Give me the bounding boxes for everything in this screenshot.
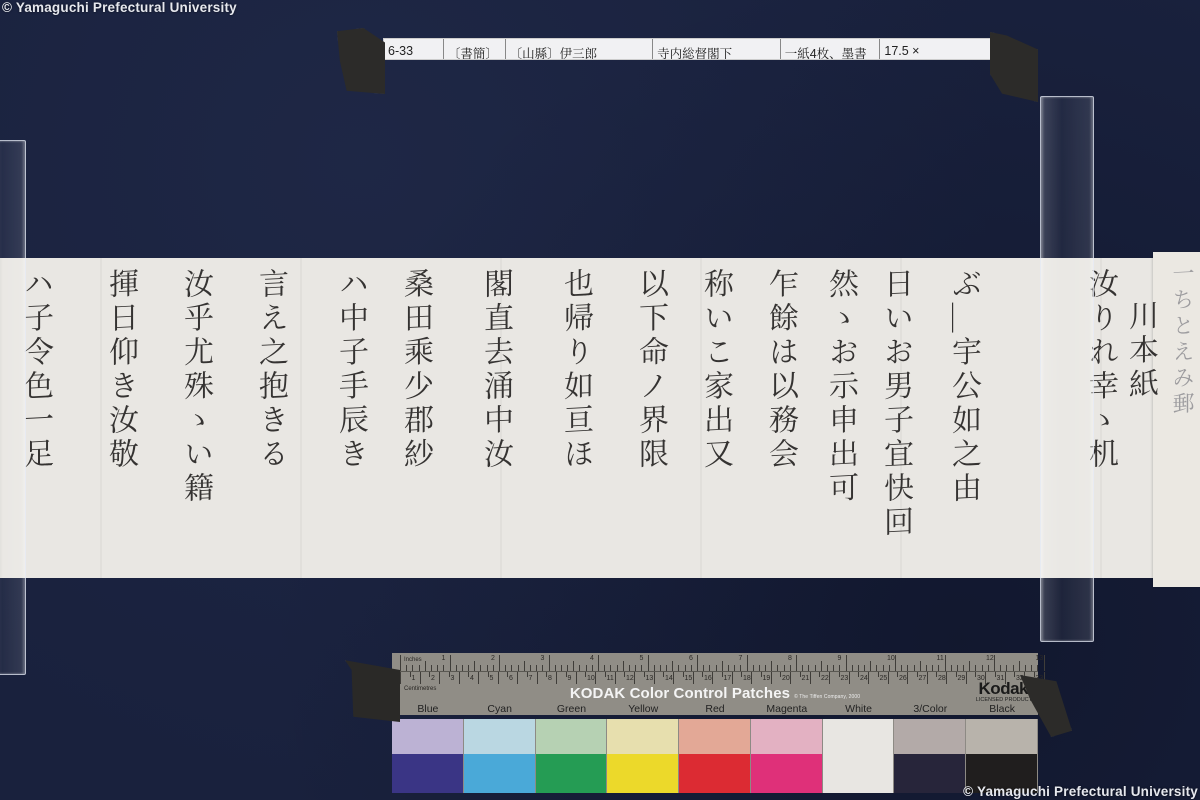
cm-tick-label: 7 xyxy=(529,675,533,682)
catalog-label-cell: 〔書簡〕 xyxy=(444,39,506,59)
catalog-label-cell: 一紙4枚、墨書 xyxy=(781,39,881,59)
calligraphy-column: 乍餘は以務会 xyxy=(765,267,795,473)
patch-light-tint xyxy=(679,719,750,754)
cm-tick-label: 17 xyxy=(724,675,732,682)
acrylic-weight-bar-right xyxy=(1040,96,1094,642)
cm-tick-label: 16 xyxy=(704,675,712,682)
patch-full-saturation xyxy=(536,754,607,793)
patch-label-black: Black xyxy=(966,703,1038,717)
patch-light-tint xyxy=(464,719,535,754)
patch-full-saturation xyxy=(823,754,894,793)
cm-tick-label: 9 xyxy=(568,675,572,682)
patch-labels: BlueCyanGreenYellowRedMagentaWhite3/Colo… xyxy=(392,703,1038,717)
copyright-watermark-top: © Yamaguchi Prefectural University xyxy=(2,0,237,15)
patch-label-yellow: Yellow xyxy=(607,703,679,717)
patch-full-saturation xyxy=(464,754,535,793)
cm-tick-label: 6 xyxy=(509,675,513,682)
calligraphy-column: 揮日仰き汝敬 xyxy=(105,267,135,473)
color-patch-green xyxy=(536,719,608,793)
cm-tick-label: 20 xyxy=(782,675,790,682)
patch-light-tint xyxy=(966,719,1037,754)
cm-tick-label: 10 xyxy=(587,675,595,682)
patch-full-saturation xyxy=(392,754,463,793)
kodak-color-target: Inches Centimetres 123456789101112131234… xyxy=(392,653,1038,793)
cm-tick-label: 24 xyxy=(860,675,868,682)
calligraphy-column: 川本紙 xyxy=(1125,299,1155,403)
calligraphy-column: 然ゝお示申出可 xyxy=(825,267,855,507)
cm-tick-label: 8 xyxy=(548,675,552,682)
cm-tick-label: 3 xyxy=(451,675,455,682)
cm-tick-label: 4 xyxy=(470,675,474,682)
calligraphy-column: ぶ＿宇公如之由 xyxy=(948,267,978,507)
inch-tick-label: 5 xyxy=(640,655,644,662)
tape-piece-top-right xyxy=(990,32,1038,102)
color-patches xyxy=(392,719,1038,793)
patch-label-3-color: 3/Color xyxy=(894,703,966,717)
calligraphy-column: 閣直去涌中汝 xyxy=(480,267,510,473)
cm-tick-label: 23 xyxy=(841,675,849,682)
cm-tick-label: 21 xyxy=(802,675,810,682)
calligraphy-column: 称いこ家出又 xyxy=(700,267,730,473)
patch-light-tint xyxy=(392,719,463,754)
patch-label-red: Red xyxy=(679,703,751,717)
catalog-label: 6-33〔書簡〕〔山縣〕伊三郎寺内総督閣下一紙4枚、墨書17.5 × xyxy=(383,38,991,60)
cm-tick-label: 26 xyxy=(899,675,907,682)
color-patch-black xyxy=(966,719,1038,793)
inch-tick-label: 13 xyxy=(1036,655,1044,662)
calligraphy-column: 汝乎尤殊ゝい籍 xyxy=(180,267,210,507)
patch-full-saturation xyxy=(751,754,822,793)
patch-label-green: Green xyxy=(536,703,608,717)
patch-label-white: White xyxy=(823,703,895,717)
cm-tick-label: 2 xyxy=(431,675,435,682)
color-patch-3-color xyxy=(894,719,966,793)
patch-label-blue: Blue xyxy=(392,703,464,717)
calligraphy-column: 言え之抱きる xyxy=(255,267,285,473)
calligraphy-column: ハ中子手辰き xyxy=(335,267,365,473)
catalog-label-cell: 17.5 × xyxy=(880,39,990,59)
calligraphy-column: 以下命ノ界限 xyxy=(635,267,665,473)
inch-tick-label: 8 xyxy=(788,655,792,662)
cm-tick-label: 1 xyxy=(412,675,416,682)
acrylic-weight-bar-left xyxy=(0,140,26,675)
inches-label: Inches xyxy=(404,657,422,663)
color-patch-red xyxy=(679,719,751,793)
cm-tick-label: 15 xyxy=(685,675,693,682)
tape-piece-top-left xyxy=(337,28,385,94)
catalog-label-cell: 6-33 xyxy=(384,39,444,59)
cm-tick-label: 19 xyxy=(763,675,771,682)
calligraphy-column: 也帰り如亘ほ xyxy=(560,267,590,473)
cm-tick-label: 28 xyxy=(938,675,946,682)
cm-tick-label: 29 xyxy=(958,675,966,682)
inch-tick-label: 9 xyxy=(838,655,842,662)
cm-tick-label: 25 xyxy=(880,675,888,682)
cm-tick-label: 12 xyxy=(626,675,634,682)
inch-tick-label: 1 xyxy=(442,655,446,662)
color-patch-yellow xyxy=(607,719,679,793)
patch-label-magenta: Magenta xyxy=(751,703,823,717)
color-patch-cyan xyxy=(464,719,536,793)
cm-tick-label: 13 xyxy=(646,675,654,682)
patch-light-tint xyxy=(536,719,607,754)
inch-tick-label: 12 xyxy=(986,655,994,662)
inch-tick-label: 6 xyxy=(689,655,693,662)
inch-tick-label: 7 xyxy=(739,655,743,662)
inch-tick-label: 2 xyxy=(491,655,495,662)
cm-tick-label: 14 xyxy=(665,675,673,682)
inch-tick-label: 11 xyxy=(937,655,944,662)
color-patch-magenta xyxy=(751,719,823,793)
patch-full-saturation xyxy=(679,754,750,793)
cm-tick-label: 18 xyxy=(743,675,751,682)
cm-tick-label: 11 xyxy=(607,675,614,682)
inch-tick-label: 10 xyxy=(887,655,895,662)
target-title: KODAK Color Control Patches© The Tiffen … xyxy=(392,685,1038,702)
patch-light-tint xyxy=(751,719,822,754)
patch-light-tint xyxy=(607,719,678,754)
catalog-label-cell: 寺内総督閣下 xyxy=(653,39,781,59)
patch-full-saturation xyxy=(894,754,965,793)
color-patch-blue xyxy=(392,719,464,793)
calligraphy-column: 日いお男子宜快回 xyxy=(880,267,910,541)
patch-full-saturation xyxy=(607,754,678,793)
patch-label-cyan: Cyan xyxy=(464,703,536,717)
inch-tick-label: 4 xyxy=(590,655,594,662)
pencil-annotation: 一ちとえみ郵 xyxy=(1170,261,1192,418)
cm-tick-label: 27 xyxy=(919,675,927,682)
color-patch-white xyxy=(823,719,895,793)
inch-tick-label: 3 xyxy=(541,655,545,662)
cm-tick-label: 5 xyxy=(490,675,494,682)
patch-light-tint xyxy=(823,719,894,754)
catalog-label-cell: 〔山縣〕伊三郎 xyxy=(506,39,654,59)
patch-light-tint xyxy=(894,719,965,754)
cm-tick-label: 22 xyxy=(821,675,829,682)
kodak-logo: Kodak xyxy=(979,679,1028,699)
calligraphy-column: 桑田乘少郡紗 xyxy=(400,267,430,473)
copyright-watermark-bottom: © Yamaguchi Prefectural University xyxy=(963,784,1198,799)
